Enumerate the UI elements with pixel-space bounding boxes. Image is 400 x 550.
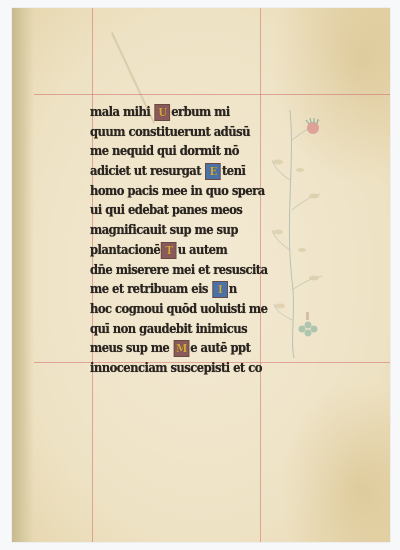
text-line: meus sup me Me autē ppt bbox=[90, 338, 256, 358]
text-line: me et retribuam eis In bbox=[90, 279, 256, 299]
illuminated-initial: T bbox=[161, 242, 177, 259]
text-line: magnificauit sup me sup bbox=[90, 220, 256, 240]
text-line: mala mihi Uerbum mi bbox=[90, 102, 256, 122]
text-line: quum constituerunt adūsū bbox=[90, 122, 256, 142]
illuminated-initial: I bbox=[212, 281, 228, 298]
text-line: adiciet ut resurgat Etenī bbox=[90, 161, 256, 181]
text-block: mala mihi Uerbum mi quum constituerunt a… bbox=[90, 102, 270, 378]
manuscript-leaf: mala mihi Uerbum mi quum constituerunt a… bbox=[12, 8, 390, 542]
illuminated-initial: E bbox=[205, 163, 221, 180]
foliate-border-icon bbox=[270, 100, 340, 362]
ruling-top bbox=[34, 94, 390, 95]
text-line: plantacionēTu autem bbox=[90, 240, 256, 260]
illuminated-initial: U bbox=[155, 104, 171, 121]
binding-gutter-stain bbox=[12, 8, 34, 542]
text-line: ui qui edebat panes meos bbox=[90, 200, 256, 220]
text-line: homo pacis mee in quo spera bbox=[90, 181, 256, 201]
text-line: dn̄e miserere mei et resuscita bbox=[90, 260, 256, 280]
text-line: innocenciam suscepisti et co bbox=[90, 358, 256, 378]
text-line: quī non gaudebit inimicus bbox=[90, 319, 256, 339]
text-line: hoc cognoui quōd uoluisti me bbox=[90, 299, 256, 319]
illuminated-initial: M bbox=[174, 340, 190, 357]
text-line: me nequid qui dormit nō bbox=[90, 141, 256, 161]
